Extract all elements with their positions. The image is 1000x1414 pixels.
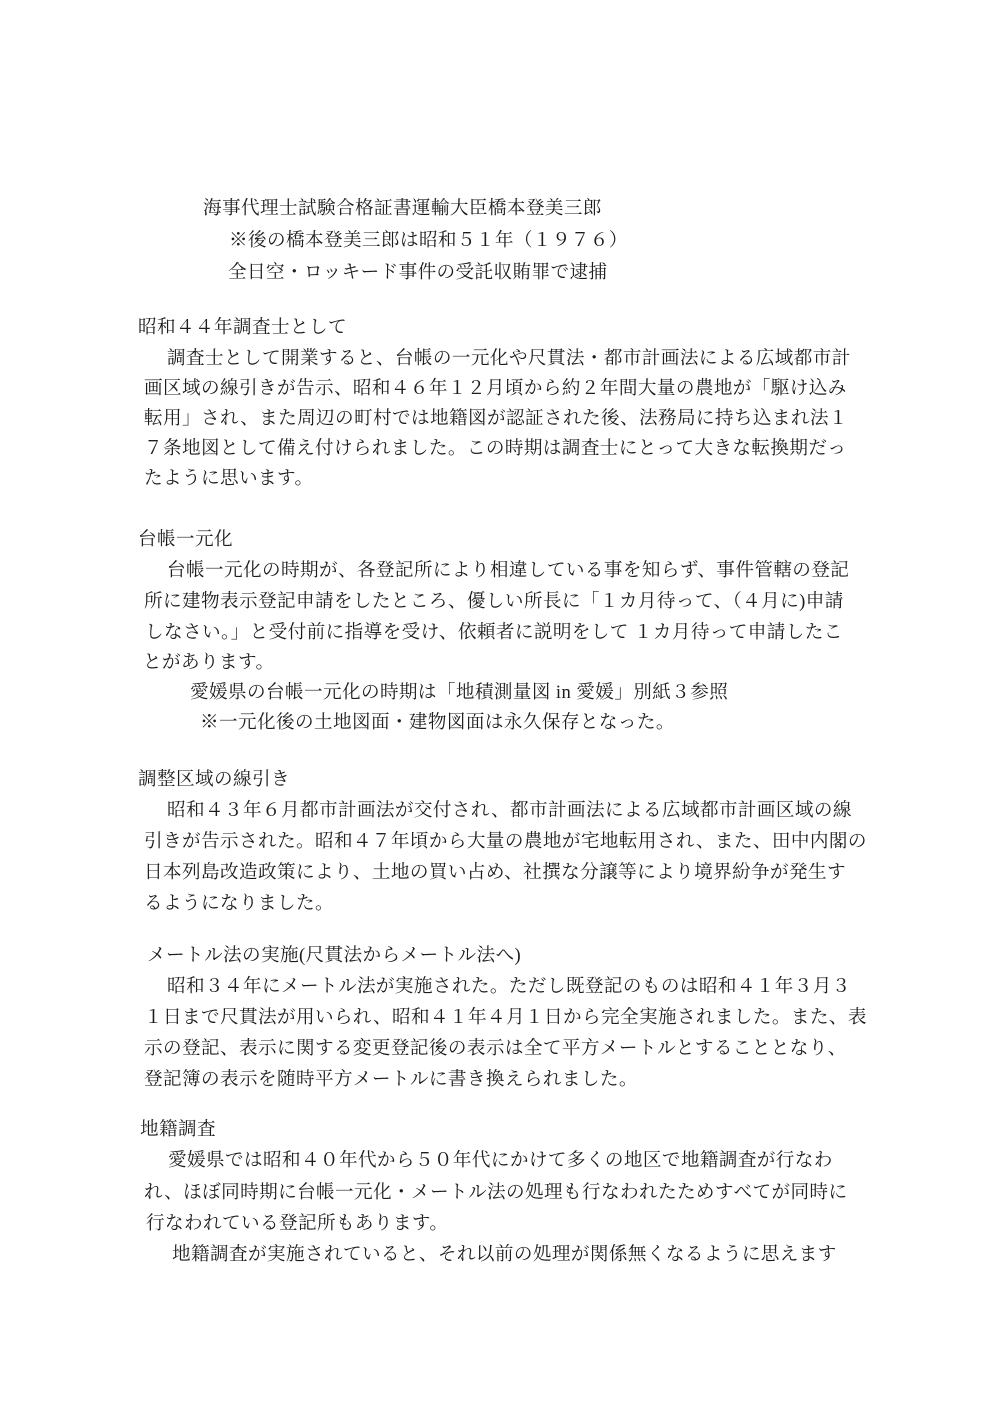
body-line: 台帳一元化の時期が、各登記所により相違している事を知らず、事件管轄の登記 — [167, 559, 849, 583]
section-heading: メートル法の実施(尺貫法からメートル法へ) — [147, 944, 521, 968]
body-line: しなさい。」と受付前に指導を受け、依頼者に説明をして １カ月待って申請したこ — [145, 621, 843, 645]
section-heading: 昭和４４年調査士として — [138, 316, 347, 340]
document-page: 海事代理士試験合格証書運輸大臣橋本登美三郎※後の橋本登美三郎は昭和５１年（１９７… — [0, 0, 1000, 1414]
body-line: ７条地図として備え付けられました。この時期は調査士にとって大きな転換期だっ — [144, 437, 846, 461]
body-line: 調査士として開業すると、台帳の一元化や尺貫法・都市計画法による広域都市計 — [167, 347, 851, 371]
section-heading: 台帳一元化 — [138, 528, 233, 552]
note-line: ※後の橋本登美三郎は昭和５１年（１９７６） — [229, 229, 628, 253]
body-line: れ、ほぼ同時期に台帳一元化・メートル法の処理も行なわれたためすべてが同時に — [144, 1181, 848, 1205]
body-line: 海事代理士試験合格証書運輸大臣橋本登美三郎 — [203, 197, 602, 221]
note-line: ※一元化後の土地図面・建物図面は永久保存となった。 — [200, 711, 675, 735]
body-line: とがあります。 — [143, 651, 274, 675]
section-heading: 地籍調査 — [140, 1118, 216, 1142]
body-line: 昭和３４年にメートル法が実施された。ただし既登記のものは昭和４１年３月３ — [167, 975, 851, 999]
body-line: 示の登記、表示に関する変更登記後の表示は全て平方メートルとすることとなり、 — [144, 1037, 847, 1061]
note-line: 愛媛県の台帳一元化の時期は「地積測量図 in 愛媛」別紙３参照 — [190, 681, 728, 705]
body-line: 愛媛県では昭和４０年代から５０年代にかけて多くの地区で地籍調査が行なわ — [168, 1149, 833, 1173]
body-line: 昭和４３年６月都市計画法が交付され、都市計画法による広域都市計画区域の線 — [167, 799, 852, 823]
body-line: 画区域の線引きが告示、昭和４６年１２月頃から約２年間大量の農地が「駆け込み — [144, 377, 847, 401]
body-line: るようになりました。 — [144, 892, 334, 916]
body-line: たように思います。 — [144, 467, 313, 491]
body-line: 転用」され、また周辺の町村では地籍図が認証された後、法務局に持ち込まれ法１ — [144, 407, 848, 431]
body-line: 登記簿の表示を随時平方メートルに書き換えられました。 — [144, 1068, 638, 1092]
section-heading: 調整区域の線引き — [138, 768, 290, 792]
body-line: 所に建物表示登記申請をしたところ、優しい所長に「１カ月待って、（４月に)申請 — [144, 590, 844, 614]
note-line: 全日空・ロッキード事件の受託収賄罪で逮捕 — [228, 261, 608, 285]
body-line: 地籍調査が実施されていると、それ以前の処理が関係無くなるように思えます — [172, 1243, 837, 1267]
body-line: １日まで尺貫法が用いられ、昭和４１年４月１日から完全実施されました。また、表 — [144, 1006, 867, 1030]
body-line: 行なわれている登記所もあります。 — [146, 1212, 448, 1236]
body-line: 日本列島改造政策により、土地の買い占め、社撰な分譲等により境界紛争が発生す — [144, 861, 846, 885]
body-line: 引きが告示された。昭和４７年頃から大量の農地が宅地転用され、また、田中内閣の — [144, 830, 867, 854]
